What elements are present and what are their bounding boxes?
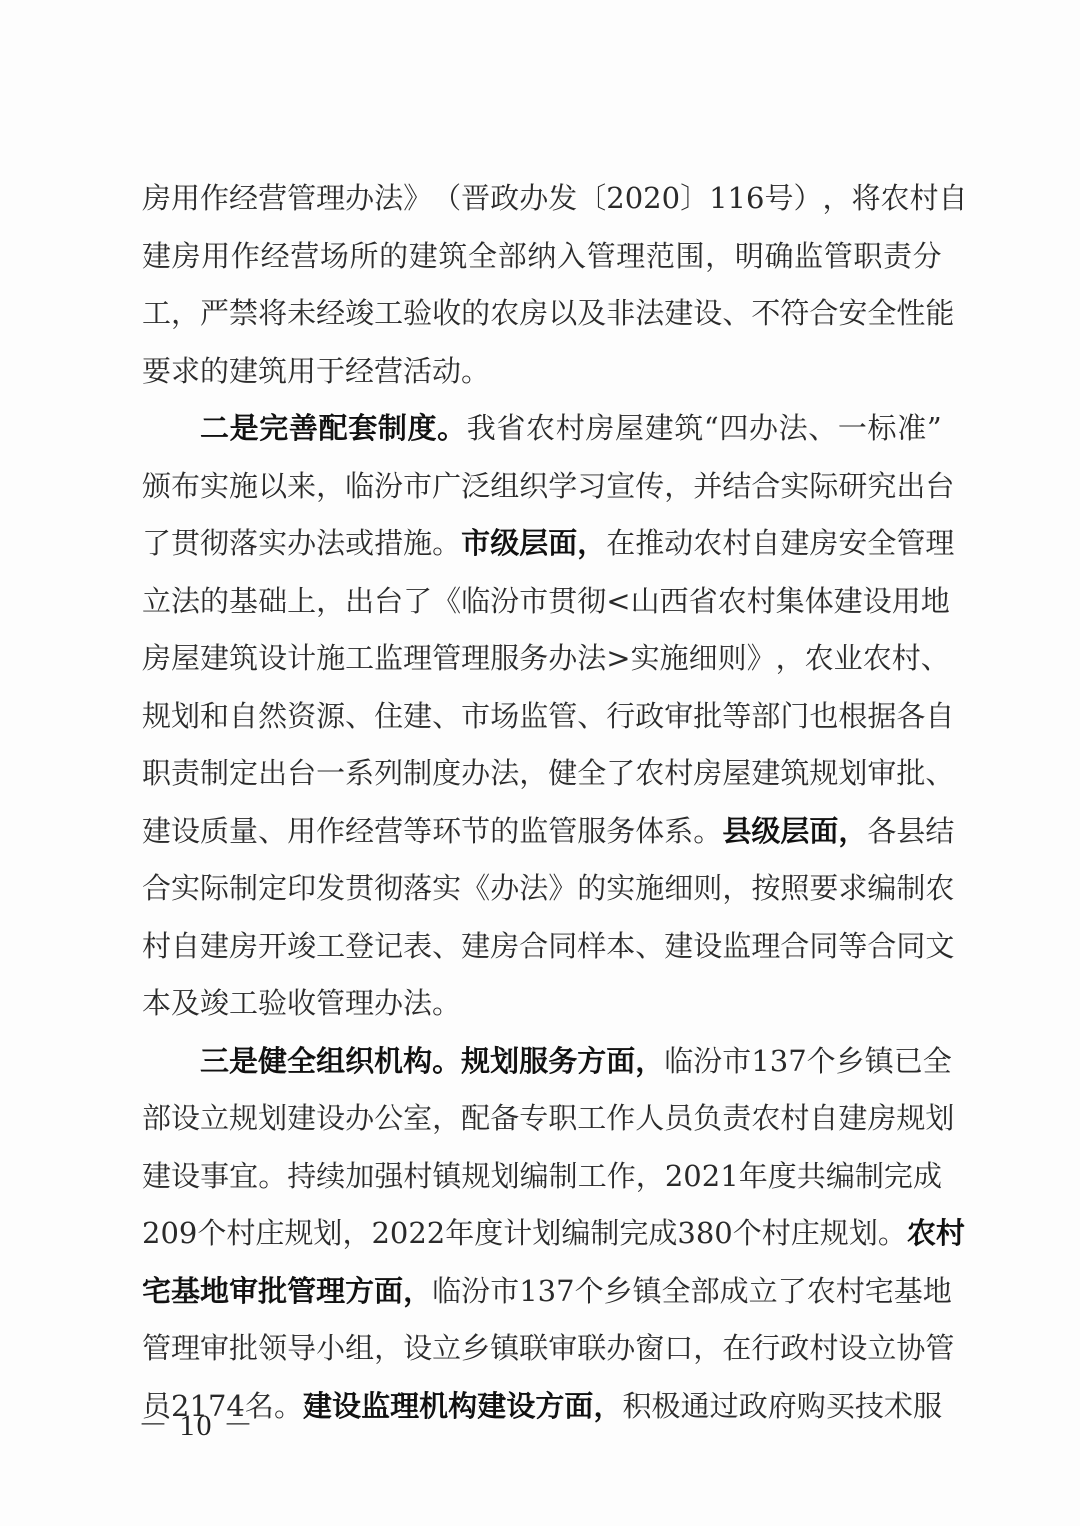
body-char: 分 (913, 228, 942, 286)
body-char: 各 (867, 803, 896, 861)
body-char: 号 (764, 170, 793, 228)
body-char: 镇 (432, 1148, 461, 1206)
body-char: 临 (664, 1033, 693, 1091)
body-char: 营 (374, 803, 403, 861)
body-char: 乡 (604, 1263, 633, 1321)
body-char: 颁 (142, 458, 171, 516)
body-char: 成 (720, 1263, 749, 1321)
body-char: 则 (718, 630, 747, 688)
body-char: 按 (751, 860, 780, 918)
body-char: 137 (519, 1263, 574, 1321)
body-char: 研 (838, 458, 867, 516)
body-char: 计 (503, 1205, 532, 1263)
bold-heading-char: 农 (907, 1205, 936, 1263)
body-char: 建 (200, 918, 229, 976)
body-char: 了 (403, 573, 432, 631)
body-char: 协 (896, 1320, 925, 1378)
bold-heading-char: 设 (506, 1378, 535, 1436)
body-char: 结 (925, 803, 954, 861)
body-char: 照 (780, 860, 809, 918)
body-char: 贯 (548, 573, 577, 631)
body-char: 基 (229, 573, 258, 631)
body-char: 成 (913, 1148, 942, 1206)
body-char: 、 (577, 688, 606, 746)
body-char: 个 (807, 1033, 836, 1091)
bold-heading-char: 规 (461, 1033, 490, 1091)
body-char: 用 (201, 228, 230, 286)
body-char: 体 (635, 803, 664, 861)
body-char: ， (342, 1205, 371, 1263)
body-char: 部 (751, 688, 780, 746)
body-char: 动 (664, 515, 693, 573)
body-char: ， (171, 285, 200, 343)
bold-heading-char: 方 (345, 1263, 374, 1321)
body-char: 市 (490, 1263, 519, 1321)
body-char: 实 (171, 860, 200, 918)
body-char: 贯 (345, 860, 374, 918)
body-char: 政 (490, 170, 519, 228)
body-char: 作 (606, 1090, 635, 1148)
bold-heading-char: 善 (289, 400, 318, 458)
bold-heading-char: 村 (936, 1205, 965, 1263)
body-char: 法 (171, 573, 200, 631)
body-char: 制 (855, 1148, 884, 1206)
body-char: 文 (925, 918, 954, 976)
body-char: 符 (780, 285, 809, 343)
body-char: 、 (722, 285, 751, 343)
body-char: 晋 (461, 170, 490, 228)
body-char: 求 (838, 860, 867, 918)
bold-heading-char: 县 (722, 803, 751, 861)
body-char: 办 (548, 630, 577, 688)
body-char: 房 (693, 745, 722, 803)
body-char: 管 (587, 228, 616, 286)
body-char: 划 (171, 688, 200, 746)
body-char: 四 (719, 400, 748, 458)
body-char: 台 (925, 458, 954, 516)
body-char: 能 (925, 285, 954, 343)
body-char: 省 (496, 400, 525, 458)
body-char: 设 (863, 573, 892, 631)
body-char: 设 (171, 1148, 200, 1206)
body-char: ， (776, 630, 805, 688)
body-char: 细 (664, 860, 693, 918)
bold-heading-char: 健 (258, 1033, 287, 1091)
body-char: “ (704, 400, 719, 458)
body-char: 审 (664, 688, 693, 746)
body-char: 全 (923, 1033, 952, 1091)
body-char: 法 (779, 400, 808, 458)
body-char: 施 (403, 515, 432, 573)
bold-heading-char: 理 (316, 1263, 345, 1321)
bold-heading-char: ， (577, 515, 606, 573)
body-text-segment: 本及竣工验收管理办法。 (142, 975, 461, 1033)
body-char: 地 (923, 1263, 952, 1321)
body-char: 施 (660, 630, 689, 688)
body-char: 农 (635, 745, 664, 803)
body-char: 彻 (200, 515, 229, 573)
body-char: 116 (709, 170, 764, 228)
body-char: 工 (316, 918, 345, 976)
text-line: 立法的基础上，出台了《临汾市贯彻<山西省农村集体建设用地 (142, 573, 942, 631)
body-char: 用 (892, 573, 921, 631)
body-char: 实 (432, 860, 461, 918)
body-char: 竣 (345, 285, 374, 343)
body-char: 庄 (255, 1205, 284, 1263)
body-char: 环 (432, 803, 461, 861)
body-char: 房 (519, 285, 548, 343)
body-char: 全 (468, 228, 497, 286)
body-char: 室 (403, 1090, 432, 1148)
bold-heading-char: 。 (432, 1033, 461, 1091)
body-char: 209 (142, 1205, 197, 1263)
body-char: 理 (171, 1320, 200, 1378)
body-char: 然 (258, 688, 287, 746)
text-line: 建设事宜。持续加强村镇规划编制工作，2021年度共编制完成 (142, 1148, 942, 1206)
body-char: 措 (374, 515, 403, 573)
body-char: 设 (403, 1320, 432, 1378)
body-char: 强 (374, 1148, 403, 1206)
body-char: 健 (548, 745, 577, 803)
bold-heading-char: 二 (200, 400, 229, 458)
body-char: 村 (836, 1263, 865, 1321)
body-char: 制 (229, 860, 258, 918)
body-char: 汾 (461, 1263, 490, 1321)
body-char: 政 (739, 1378, 768, 1436)
bold-heading-char: 机 (419, 1378, 448, 1436)
body-char: 彻 (577, 573, 606, 631)
body-char: 布 (171, 458, 200, 516)
body-char: 并 (693, 458, 722, 516)
body-char: 落 (229, 515, 258, 573)
body-char: 农 (718, 573, 747, 631)
body-char: 住 (374, 688, 403, 746)
body-char: 范 (646, 228, 675, 286)
body-char: 施 (229, 458, 258, 516)
bold-heading-char: 。 (437, 400, 466, 458)
body-char: 年 (739, 1148, 768, 1206)
body-char: 市 (461, 688, 490, 746)
body-char: 广 (432, 458, 461, 516)
body-char: 等 (838, 918, 867, 976)
body-char: ， (636, 1148, 665, 1206)
body-char: 根 (838, 688, 867, 746)
body-char: 规 (896, 1090, 925, 1148)
body-char: ， (374, 1320, 403, 1378)
body-char: 纳 (527, 228, 556, 286)
body-char: 划 (258, 1090, 287, 1148)
body-text-segment: 要求的建筑用于经营活动。 (142, 343, 490, 401)
body-char: > (606, 630, 630, 688)
bold-heading-char: 级 (490, 515, 519, 573)
body-char: 所 (349, 228, 378, 286)
body-char: 验 (403, 285, 432, 343)
body-char: 用 (287, 803, 316, 861)
body-char: 联 (519, 1320, 548, 1378)
body-char: 村 (892, 630, 921, 688)
body-char: 。 (878, 1205, 907, 1263)
bold-heading-char: 建 (303, 1378, 332, 1436)
body-char: 村 (809, 1320, 838, 1378)
body-char: 和 (200, 688, 229, 746)
body-char: 自 (809, 1090, 838, 1148)
body-char: 乡 (836, 1033, 865, 1091)
body-char: 合 (751, 458, 780, 516)
body-char: 监 (794, 228, 823, 286)
bold-heading-char: ， (635, 1033, 664, 1091)
body-char: 法 (519, 860, 548, 918)
body-char: 建 (403, 688, 432, 746)
text-line: 本及竣工验收管理办法。 (142, 975, 942, 1033)
body-char: 、 (432, 918, 461, 976)
body-char: 务 (519, 630, 548, 688)
bold-heading-char: 套 (348, 400, 377, 458)
body-char: 法 (490, 745, 519, 803)
text-line: 员2174名。建设监理机构建设方面，积极通过政府购买技术服 (142, 1378, 942, 1436)
body-char: 确 (764, 228, 793, 286)
body-char: 际 (809, 458, 838, 516)
body-char: 作 (607, 1148, 636, 1206)
body-char: 规 (809, 745, 838, 803)
body-char: 的 (490, 803, 519, 861)
body-char: 我 (467, 400, 496, 458)
body-char: 施 (316, 630, 345, 688)
body-char: 政 (780, 1320, 809, 1378)
body-char: 审 (867, 745, 896, 803)
text-line: 规划和自然资源、住建、市场监管、行政审批等部门也根据各自 (142, 688, 942, 746)
body-char: ， (822, 170, 851, 228)
body-char: 个 (733, 1205, 762, 1263)
body-char: 合 (867, 918, 896, 976)
body-char: 汾 (490, 573, 519, 631)
body-char: 划 (491, 1148, 520, 1206)
body-char: 设 (171, 803, 200, 861)
body-char: 划 (925, 1090, 954, 1148)
body-char: 审 (548, 1320, 577, 1378)
body-char: 职 (853, 228, 882, 286)
body-char: 服 (913, 1378, 942, 1436)
body-char: 续 (316, 1148, 345, 1206)
body-char: ， (316, 573, 345, 631)
bold-heading-char: 是 (229, 1033, 258, 1091)
body-char: 宅 (865, 1263, 894, 1321)
body-char: 自 (229, 688, 258, 746)
body-char: 、 (635, 918, 664, 976)
body-char: 监 (519, 688, 548, 746)
body-char: 购 (797, 1378, 826, 1436)
text-line: 合实际制定印发贯彻落实《办法》的实施细则，按照要求编制农 (142, 860, 942, 918)
body-char: 临 (432, 1263, 461, 1321)
body-char: 建 (409, 228, 438, 286)
body-char: 明 (735, 228, 764, 286)
body-char: 实 (606, 860, 635, 918)
bold-heading-char: 管 (287, 1263, 316, 1321)
body-char: 泛 (461, 458, 490, 516)
body-char: 负 (693, 1090, 722, 1148)
body-char: 管 (142, 1320, 171, 1378)
bold-heading-char: 设 (332, 1378, 361, 1436)
body-char: ， (432, 1090, 461, 1148)
body-char: 制 (549, 1148, 578, 1206)
body-char: 工 (578, 1148, 607, 1206)
body-char: 工 (577, 1090, 606, 1148)
text-line: 建房用作经营场所的建筑全部纳入管理范围，明确监管职责分 (142, 228, 942, 286)
body-char: 据 (867, 688, 896, 746)
body-char: 。 (693, 803, 722, 861)
body-char: 同 (809, 918, 838, 976)
body-char: 办 (345, 170, 374, 228)
bold-heading-char: 层 (519, 515, 548, 573)
body-char: 自 (171, 918, 200, 976)
body-char: 。 (258, 1148, 287, 1206)
body-char: 合 (809, 285, 838, 343)
body-char: 经 (229, 170, 258, 228)
body-char: 发 (316, 860, 345, 918)
body-char: 技 (855, 1378, 884, 1436)
bold-heading-char: 配 (319, 400, 348, 458)
body-char: 理 (403, 630, 432, 688)
body-char: 结 (722, 458, 751, 516)
body-char: 同 (896, 918, 925, 976)
body-char: 度 (432, 745, 461, 803)
body-char: 法 (374, 170, 403, 228)
body-char: 管 (287, 170, 316, 228)
body-char: 农 (881, 170, 910, 228)
body-char: 实 (631, 630, 660, 688)
body-char: 筑 (438, 228, 467, 286)
body-char: 系 (345, 745, 374, 803)
body-char: 行 (751, 1320, 780, 1378)
bold-heading-char: ， (593, 1378, 622, 1436)
text-line: 管理审批领导小组，设立乡镇联审联办窗口，在行政村设立协管 (142, 1320, 942, 1378)
body-char: 规 (462, 1148, 491, 1206)
body-char: 通 (681, 1378, 710, 1436)
bold-heading-char: 服 (519, 1033, 548, 1091)
bold-heading-char: 面 (374, 1263, 403, 1321)
body-char: 建 (142, 1148, 171, 1206)
body-char: 村 (664, 745, 693, 803)
body-char: 部 (691, 1263, 720, 1321)
body-char: 制 (200, 745, 229, 803)
body-char: 自 (751, 515, 780, 573)
body-char: 计 (287, 630, 316, 688)
bold-heading-char: 方 (535, 1378, 564, 1436)
body-char: 立 (432, 1320, 461, 1378)
body-char: 服 (490, 630, 519, 688)
body-char: 性 (896, 285, 925, 343)
body-char: 或 (345, 515, 374, 573)
body-char: 体 (805, 573, 834, 631)
text-line: 职责制定出台一系列制度办法，健全了农村房屋建筑规划审批、 (142, 745, 942, 803)
body-char: （ (432, 170, 461, 228)
body-char: 要 (809, 860, 838, 918)
body-char: 、 (808, 400, 837, 458)
text-line: 要求的建筑用于经营活动。 (142, 343, 942, 401)
body-char: 营 (258, 170, 287, 228)
body-char: 导 (287, 1320, 316, 1378)
body-char: 、 (925, 745, 954, 803)
body-char: 。 (274, 1378, 303, 1436)
body-char: 监 (519, 803, 548, 861)
body-char: 安 (838, 515, 867, 573)
body-char: 发 (548, 170, 577, 228)
body-char: 共 (797, 1148, 826, 1206)
body-char: 各 (896, 688, 925, 746)
body-char: 出 (345, 573, 374, 631)
body-char: 编 (561, 1205, 590, 1263)
body-char: 办 (287, 515, 316, 573)
body-char: < (606, 573, 630, 631)
body-char: 实 (780, 458, 809, 516)
text-line: 工，严禁将未经竣工验收的农房以及非法建设、不符合安全性能 (142, 285, 942, 343)
body-char: 办 (749, 400, 778, 458)
body-char: 房 (172, 228, 201, 286)
body-char: 基 (894, 1263, 923, 1321)
body-char: 《 (461, 860, 490, 918)
body-char: 窗 (635, 1320, 664, 1378)
body-char: 责 (171, 745, 200, 803)
body-char: 源 (316, 688, 345, 746)
body-char: 上 (287, 573, 316, 631)
body-char: 编 (826, 1148, 855, 1206)
body-char: 行 (606, 688, 635, 746)
text-line: 209个村庄规划，2022年度计划编制完成380个村庄规划。农村 (142, 1205, 942, 1263)
body-char: 西 (660, 573, 689, 631)
body-char: 建 (287, 1090, 316, 1148)
bold-heading-char: 三 (200, 1033, 229, 1091)
body-char: 屋 (615, 400, 644, 458)
body-char: 工 (142, 285, 171, 343)
body-char: 彻 (374, 860, 403, 918)
body-char: 建 (461, 918, 490, 976)
body-char: 〔 (577, 170, 606, 228)
bold-heading-char: 面 (606, 1033, 635, 1091)
bold-heading-char: 面 (548, 515, 577, 573)
body-char: 村 (722, 515, 751, 573)
body-char: 市 (403, 458, 432, 516)
body-char: 办 (606, 1320, 635, 1378)
body-char: 规 (229, 1090, 258, 1148)
body-char: 职 (142, 745, 171, 803)
body-char: 持 (287, 1148, 316, 1206)
bold-heading-char: 监 (361, 1378, 390, 1436)
body-char: 将 (851, 170, 880, 228)
body-char: 及 (577, 285, 606, 343)
body-char: 同 (548, 918, 577, 976)
body-char: 加 (345, 1148, 374, 1206)
body-char: 山 (631, 573, 660, 631)
body-char: 合 (780, 918, 809, 976)
body-char: 划 (313, 1205, 342, 1263)
body-char: 以 (548, 285, 577, 343)
body-char: 在 (722, 1320, 751, 1378)
body-char: 建 (838, 1090, 867, 1148)
body-char: 村 (403, 1148, 432, 1206)
body-char: 将 (258, 285, 287, 343)
bold-heading-char: 全 (287, 1033, 316, 1091)
text-line: 宅基地审批管理方面，临汾市137个乡镇全部成立了农村宅基地 (142, 1263, 942, 1321)
body-char: 村 (226, 1205, 255, 1263)
body-char: 建 (664, 285, 693, 343)
bold-heading-char: 织 (345, 1033, 374, 1091)
body-char: 竣 (287, 918, 316, 976)
body-char: 等 (403, 803, 432, 861)
body-char: 》 (747, 630, 776, 688)
body-char: 积 (623, 1378, 652, 1436)
body-char: 细 (689, 630, 718, 688)
text-line: 了贯彻落实办法或措施。市级层面，在推动农村自建房安全管理 (142, 515, 942, 573)
body-char: 未 (287, 285, 316, 343)
